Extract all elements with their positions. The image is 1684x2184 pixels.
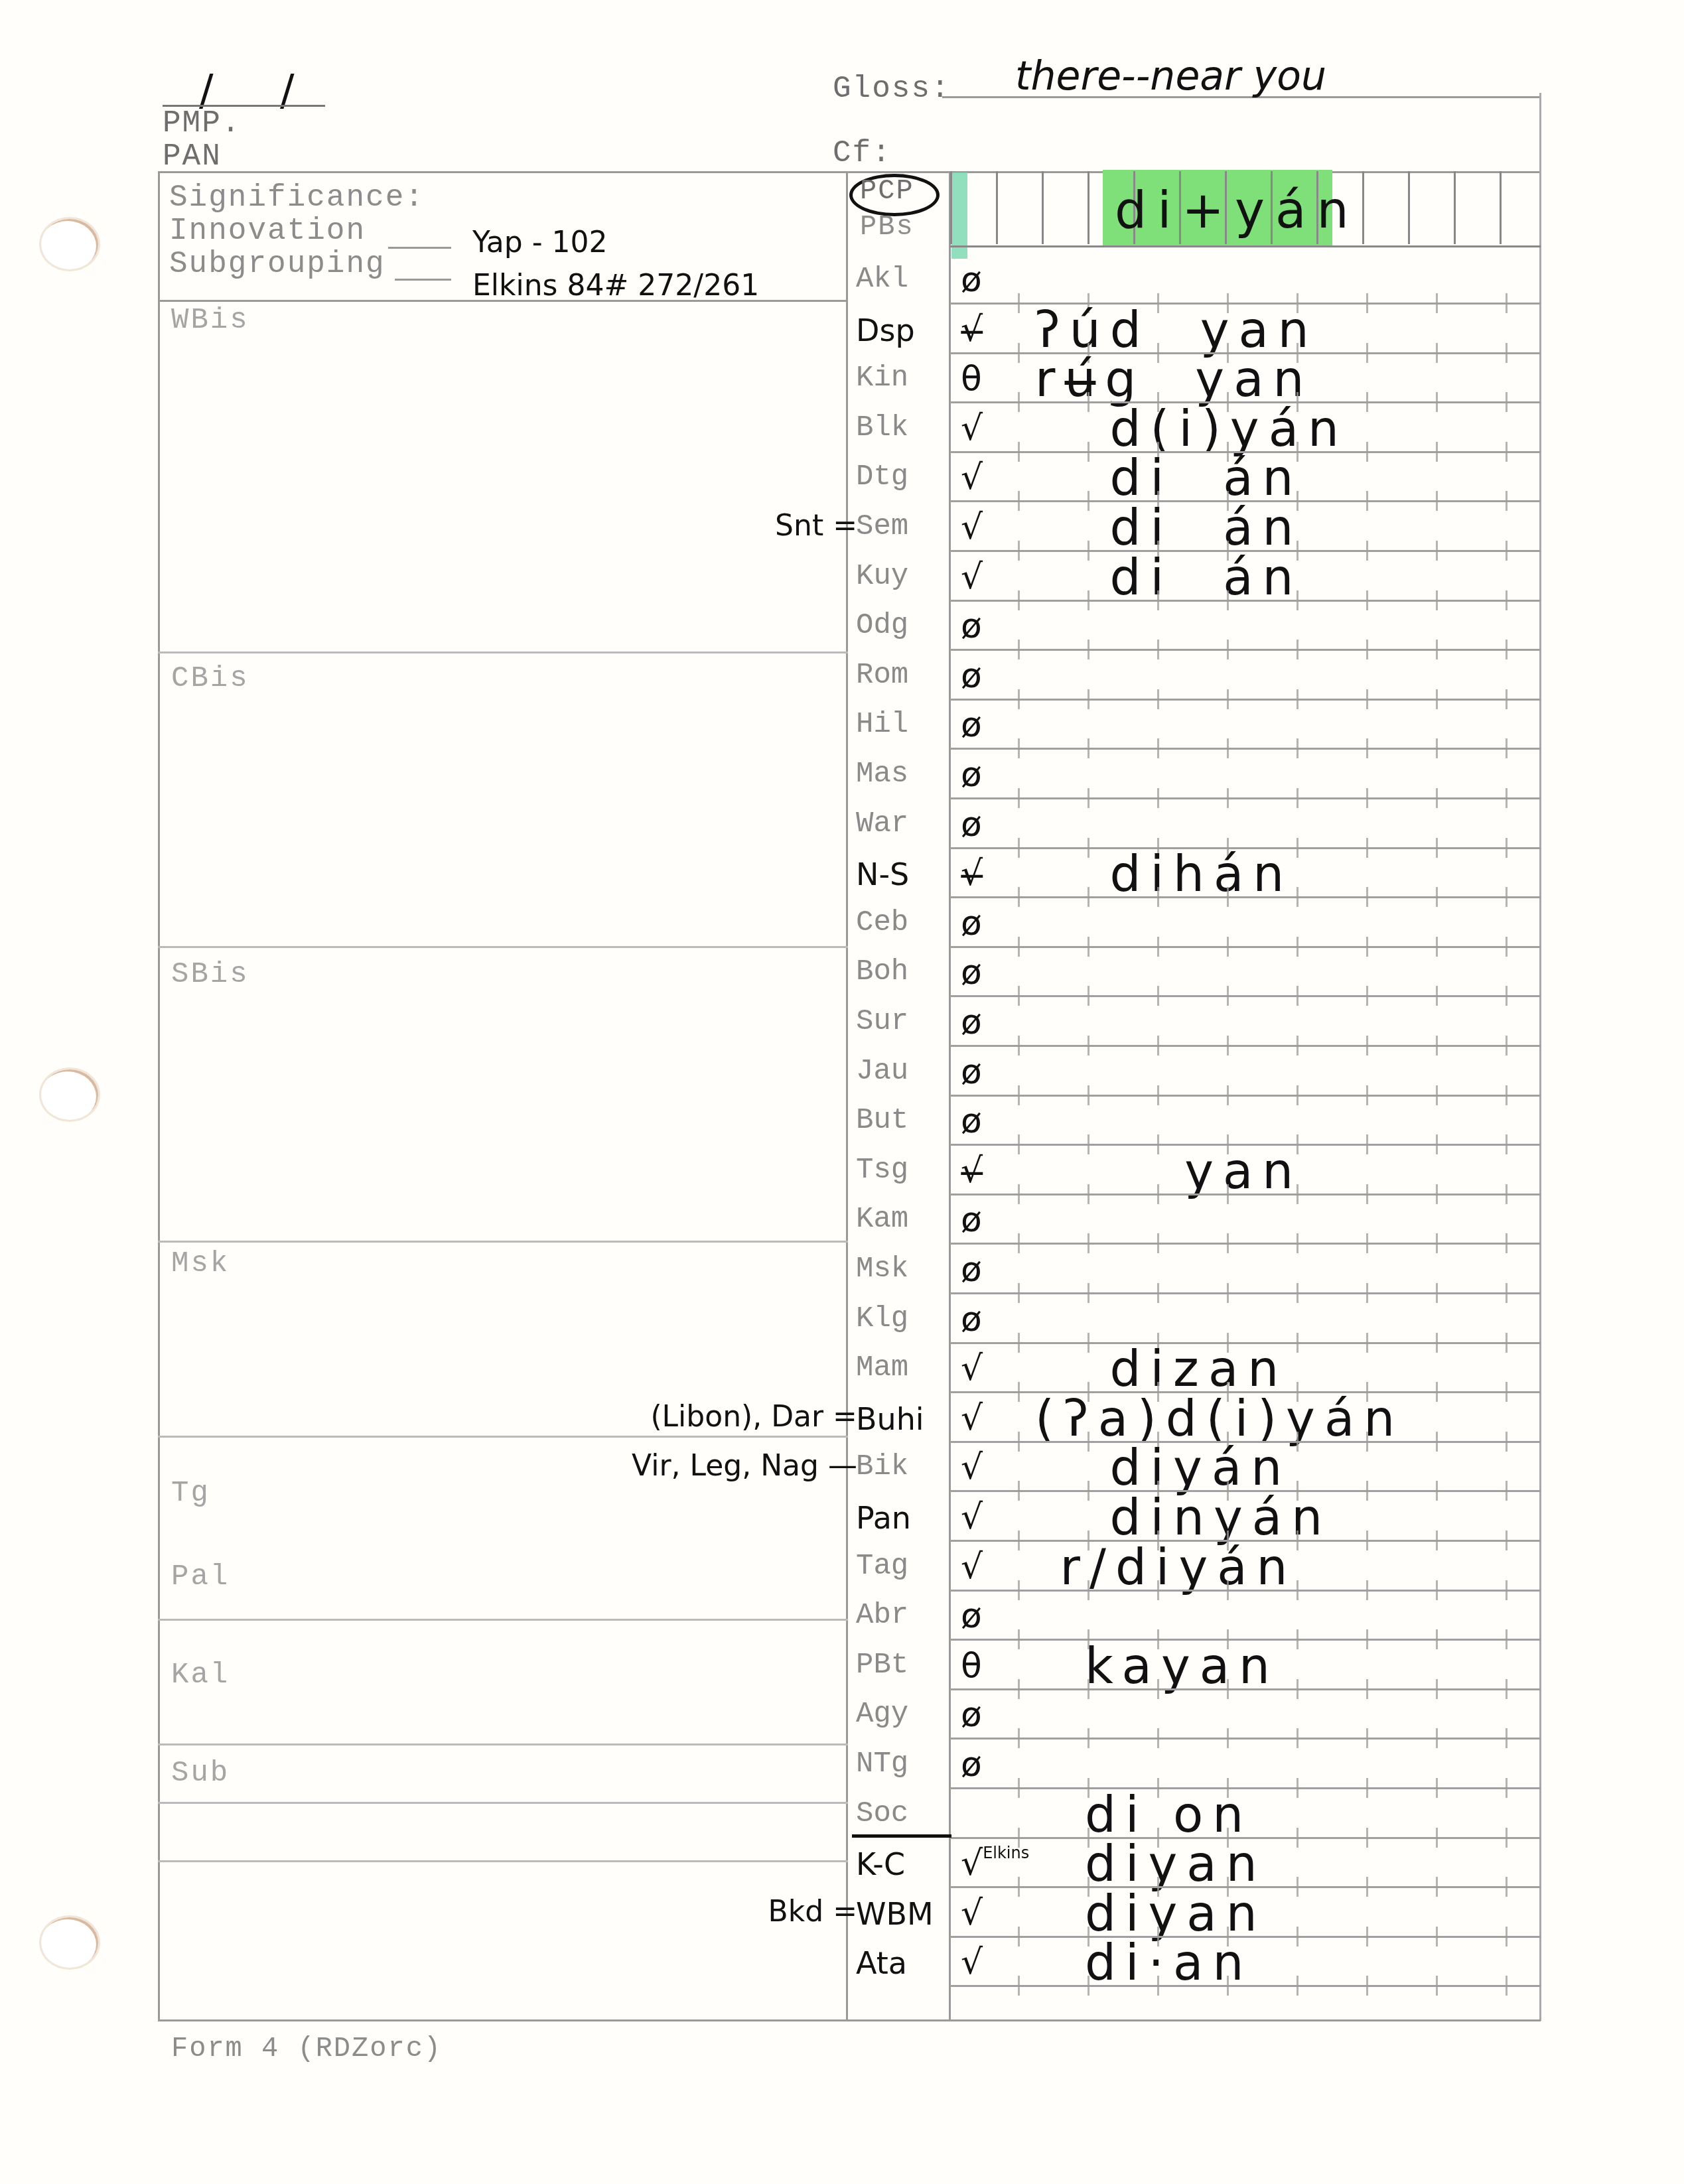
row-ruling xyxy=(950,1194,1541,1195)
language-label: Mas xyxy=(856,758,949,791)
row-ruling xyxy=(950,896,1541,898)
section-divider xyxy=(158,1743,848,1745)
section-label-wbis: WBis xyxy=(171,304,249,337)
grid-cell-divider xyxy=(1042,171,1044,244)
section-label-sbis: SBis xyxy=(171,958,249,991)
significance-title: Significance: xyxy=(169,180,425,215)
cf-label: Cf: xyxy=(833,136,892,171)
section-divider xyxy=(158,1241,848,1243)
language-label: Tsg xyxy=(856,1154,949,1187)
row-ruling xyxy=(950,797,1541,799)
row-ruling xyxy=(950,946,1541,948)
language-label: Blk xyxy=(856,411,949,444)
grid-cell-divider xyxy=(1362,171,1364,244)
language-label: K-C xyxy=(856,1846,949,1882)
language-label: WBM xyxy=(856,1896,949,1932)
row-ruling xyxy=(950,748,1541,750)
language-label: Tag xyxy=(856,1550,949,1583)
grid-cell-divider xyxy=(1454,171,1456,244)
pcp-label: PCP xyxy=(860,175,914,207)
significance-divider xyxy=(158,300,848,302)
language-label: Agy xyxy=(856,1698,949,1731)
row-ruling xyxy=(950,1590,1541,1592)
section-label-kal: Kal xyxy=(171,1659,230,1692)
grid-cell-divider xyxy=(996,171,998,244)
language-label: Ata xyxy=(856,1945,949,1981)
language-label: Mam xyxy=(856,1351,949,1385)
language-label: Kuy xyxy=(856,560,949,593)
language-label: Klg xyxy=(856,1302,949,1335)
language-label: N-S xyxy=(856,856,949,892)
language-label: Sem xyxy=(856,510,949,543)
language-label: Akl xyxy=(856,263,949,296)
row-ruling xyxy=(950,1095,1541,1097)
language-label: Kin xyxy=(856,362,949,395)
row-ruling xyxy=(950,649,1541,651)
binder-hole-bottom xyxy=(41,1917,98,1968)
language-label: Abr xyxy=(856,1599,949,1632)
section-label-cbis: CBis xyxy=(171,662,249,695)
language-label: Msk xyxy=(856,1253,949,1286)
significance-note-1: Yap - 102 xyxy=(472,226,608,259)
row-ruling xyxy=(950,1985,1541,1987)
lang-column-left-border xyxy=(846,171,848,2019)
language-label: Dtg xyxy=(856,460,949,494)
language-label: Dsp xyxy=(856,312,949,348)
row-ruling xyxy=(950,699,1541,701)
language-note: Snt = xyxy=(775,509,857,543)
section-label-sub: Sub xyxy=(171,1757,230,1790)
section-divider xyxy=(158,1802,848,1804)
language-label: But xyxy=(856,1104,949,1137)
row-ruling xyxy=(950,995,1541,997)
grid-cell-divider xyxy=(1088,171,1089,244)
pmp-label: PMP. xyxy=(163,106,241,141)
binder-hole-top xyxy=(41,219,98,269)
grid-cell-divider xyxy=(950,171,952,244)
row-ruling xyxy=(950,1243,1541,1245)
subgrouping-label: Subgrouping xyxy=(169,247,386,281)
gloss-label: Gloss: xyxy=(833,72,951,106)
grid-cell-divider xyxy=(1500,171,1502,244)
row-ruling xyxy=(950,600,1541,602)
language-note: Vir, Leg, Nag — xyxy=(632,1449,857,1483)
pan-label: PAN xyxy=(163,139,222,174)
innovation-label: Innovation xyxy=(169,214,366,248)
language-note: (Libon), Dar = xyxy=(650,1400,857,1434)
language-label: Odg xyxy=(856,609,949,642)
language-label: Ceb xyxy=(856,906,949,939)
subgrouping-blank[interactable] xyxy=(395,279,451,281)
reconstruction-form[interactable]: di+yán xyxy=(1115,180,1360,239)
row-ruling xyxy=(950,1688,1541,1690)
gloss-value[interactable]: there--near you xyxy=(1015,53,1326,100)
soc-underline xyxy=(852,1834,951,1838)
language-label: War xyxy=(856,807,949,841)
language-label: Buhi xyxy=(856,1401,949,1437)
pbs-label: PBs xyxy=(860,211,914,243)
language-note: Bkd = xyxy=(768,1895,857,1929)
section-divider xyxy=(158,1860,848,1862)
table-bottom-border xyxy=(158,2019,1541,2021)
language-label: Boh xyxy=(856,955,949,989)
innovation-blank[interactable] xyxy=(388,247,451,249)
language-label: Rom xyxy=(856,659,949,692)
row-ruling xyxy=(950,1045,1541,1047)
section-divider xyxy=(158,1436,848,1438)
row-ruling xyxy=(950,1738,1541,1740)
section-label-pal: Pal xyxy=(171,1560,230,1594)
section-label-tg: Tg xyxy=(171,1477,210,1510)
section-label-msk: Msk xyxy=(171,1247,230,1280)
significance-note-2: Elkins 84# 272/261 xyxy=(472,269,759,303)
section-divider xyxy=(158,651,848,653)
language-label: NTg xyxy=(856,1747,949,1781)
language-label: Jau xyxy=(856,1055,949,1088)
language-label: Kam xyxy=(856,1203,949,1236)
section-divider xyxy=(158,1619,848,1621)
section-divider xyxy=(158,946,848,948)
form-label: Form 4 (RDZorc) xyxy=(171,2033,442,2065)
language-label: Pan xyxy=(856,1500,949,1536)
grid-cell-divider xyxy=(1408,171,1410,244)
binder-hole-middle xyxy=(41,1069,98,1120)
language-label: Soc xyxy=(856,1797,949,1830)
table-top-border xyxy=(158,171,1541,173)
row-ruling xyxy=(950,1292,1541,1294)
language-label: Bik xyxy=(856,1450,949,1483)
language-label: Hil xyxy=(856,708,949,741)
language-label: PBt xyxy=(856,1649,949,1682)
reconstruction-bottom-line xyxy=(950,245,1541,247)
language-label: Sur xyxy=(856,1005,949,1038)
